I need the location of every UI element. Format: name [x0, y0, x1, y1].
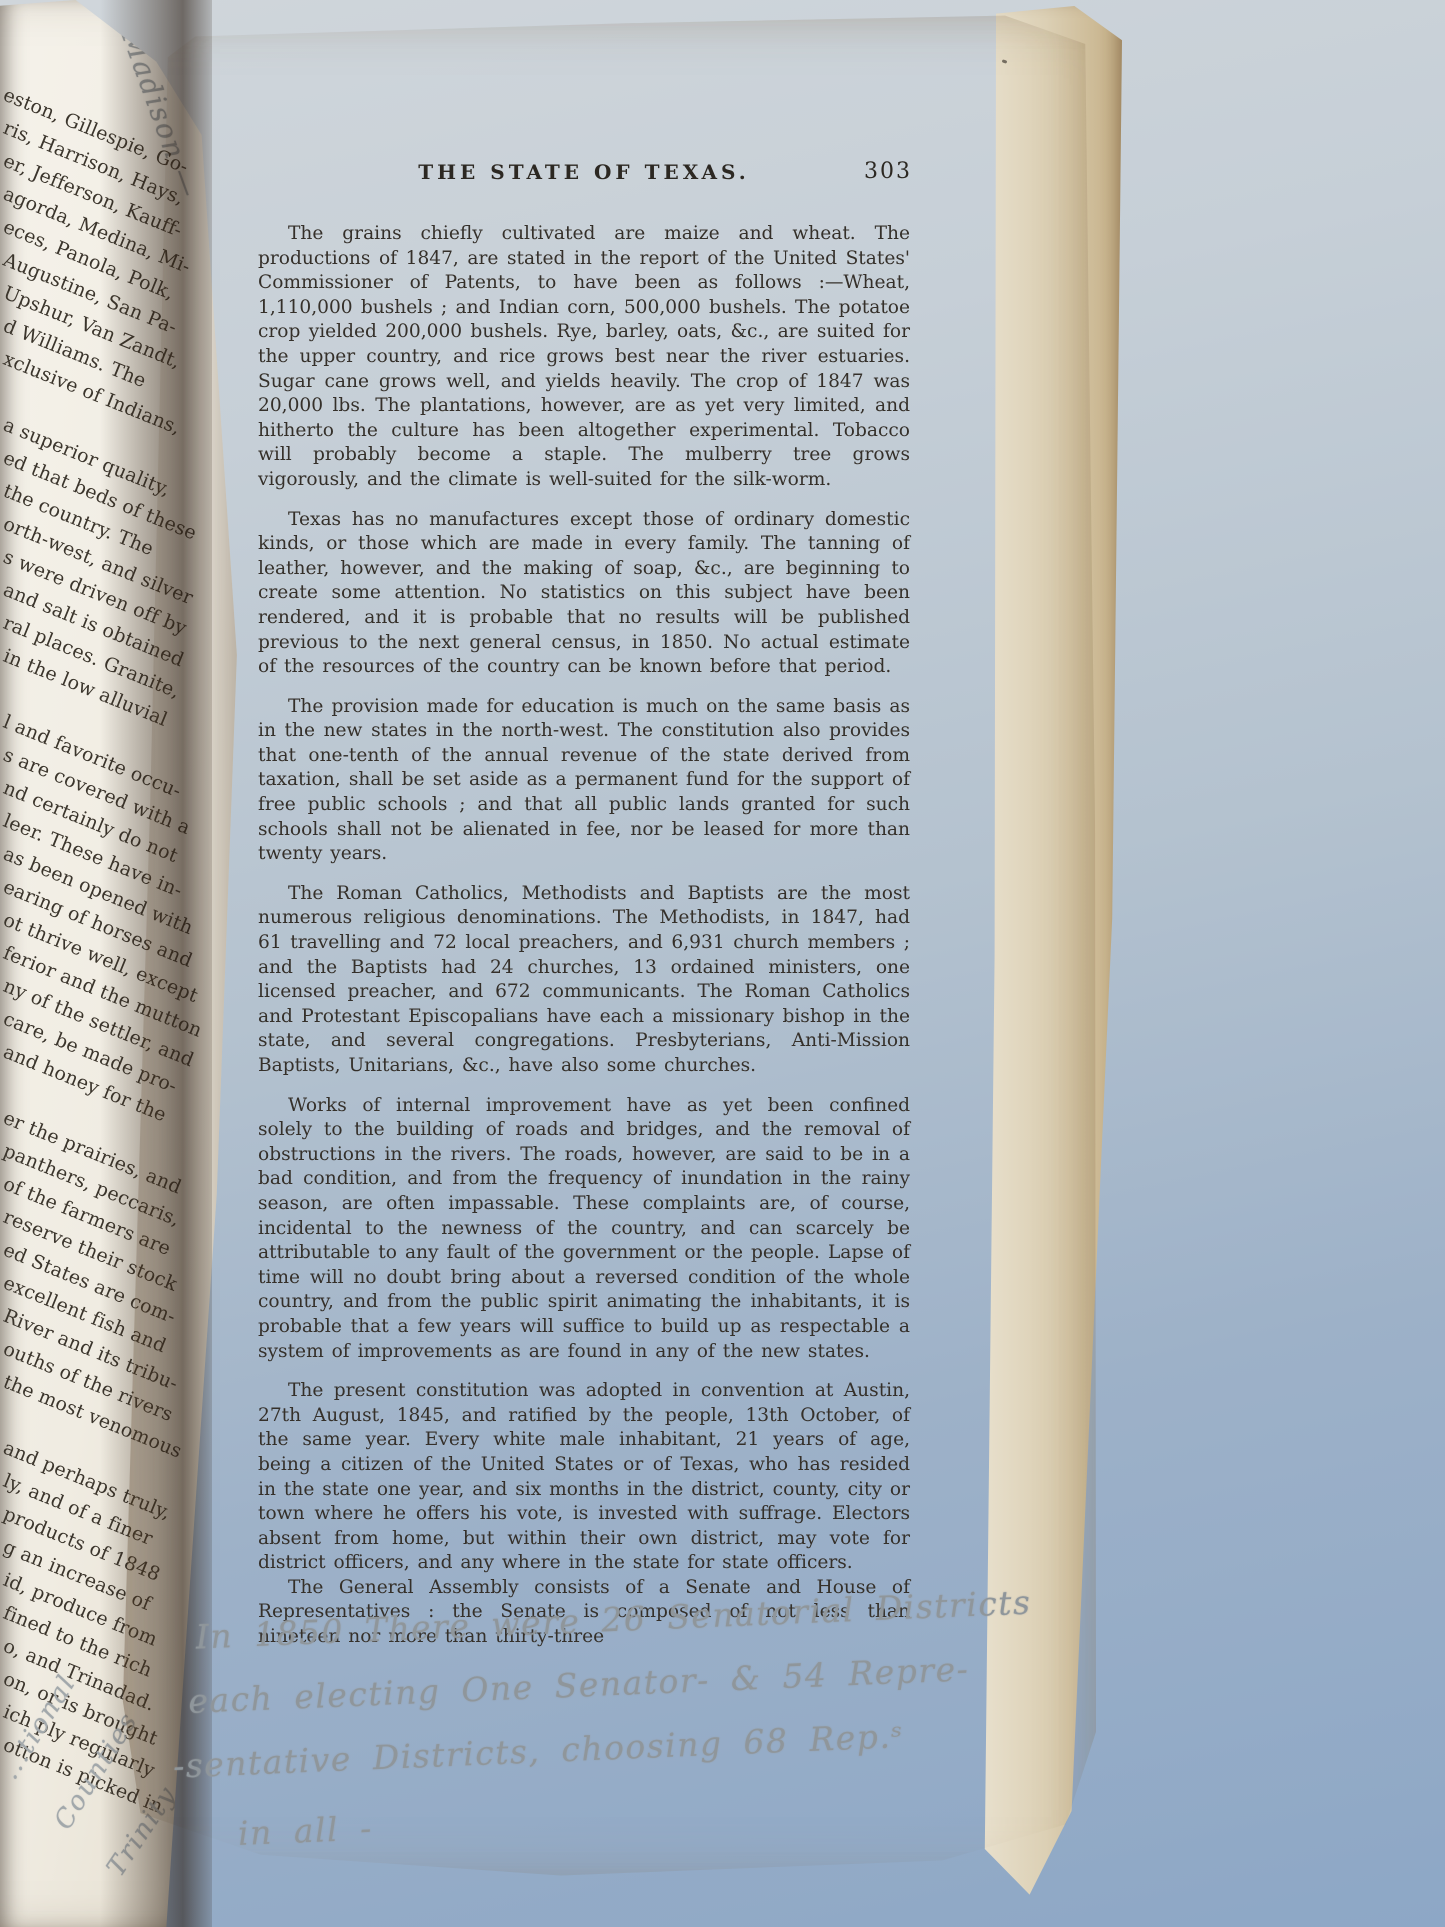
paragraph: Works of internal improvement have as ye…	[258, 1094, 910, 1365]
paragraph: The Roman Catholics, Methodists and Bapt…	[258, 882, 910, 1079]
book-photo: Madison — eston, Gillespie, Go-ris, Harr…	[0, 0, 1445, 1927]
page-number: 303	[864, 159, 912, 184]
fly-speck	[1002, 59, 1008, 64]
body-text: The grains chiefly cultivated are maize …	[258, 222, 910, 1650]
handwritten-word: ...tional	[0, 1669, 82, 1785]
page-content: THE STATE OF TEXAS. 303 The grains chief…	[258, 160, 910, 1665]
running-title: THE STATE OF TEXAS.	[258, 160, 910, 184]
paragraph: Texas has no manufactures except those o…	[258, 508, 910, 680]
paragraph: The present constitution was adopted in …	[258, 1379, 910, 1576]
handwritten-note: In 1850 There were 26 Senatorial Distric…	[195, 1579, 1135, 1880]
right-page: THE STATE OF TEXAS. 303 The grains chief…	[118, 10, 1096, 1902]
paragraph: The grains chiefly cultivated are maize …	[258, 222, 910, 493]
page-header: THE STATE OF TEXAS. 303	[258, 160, 910, 190]
paragraph: The provision made for education is much…	[258, 695, 910, 867]
